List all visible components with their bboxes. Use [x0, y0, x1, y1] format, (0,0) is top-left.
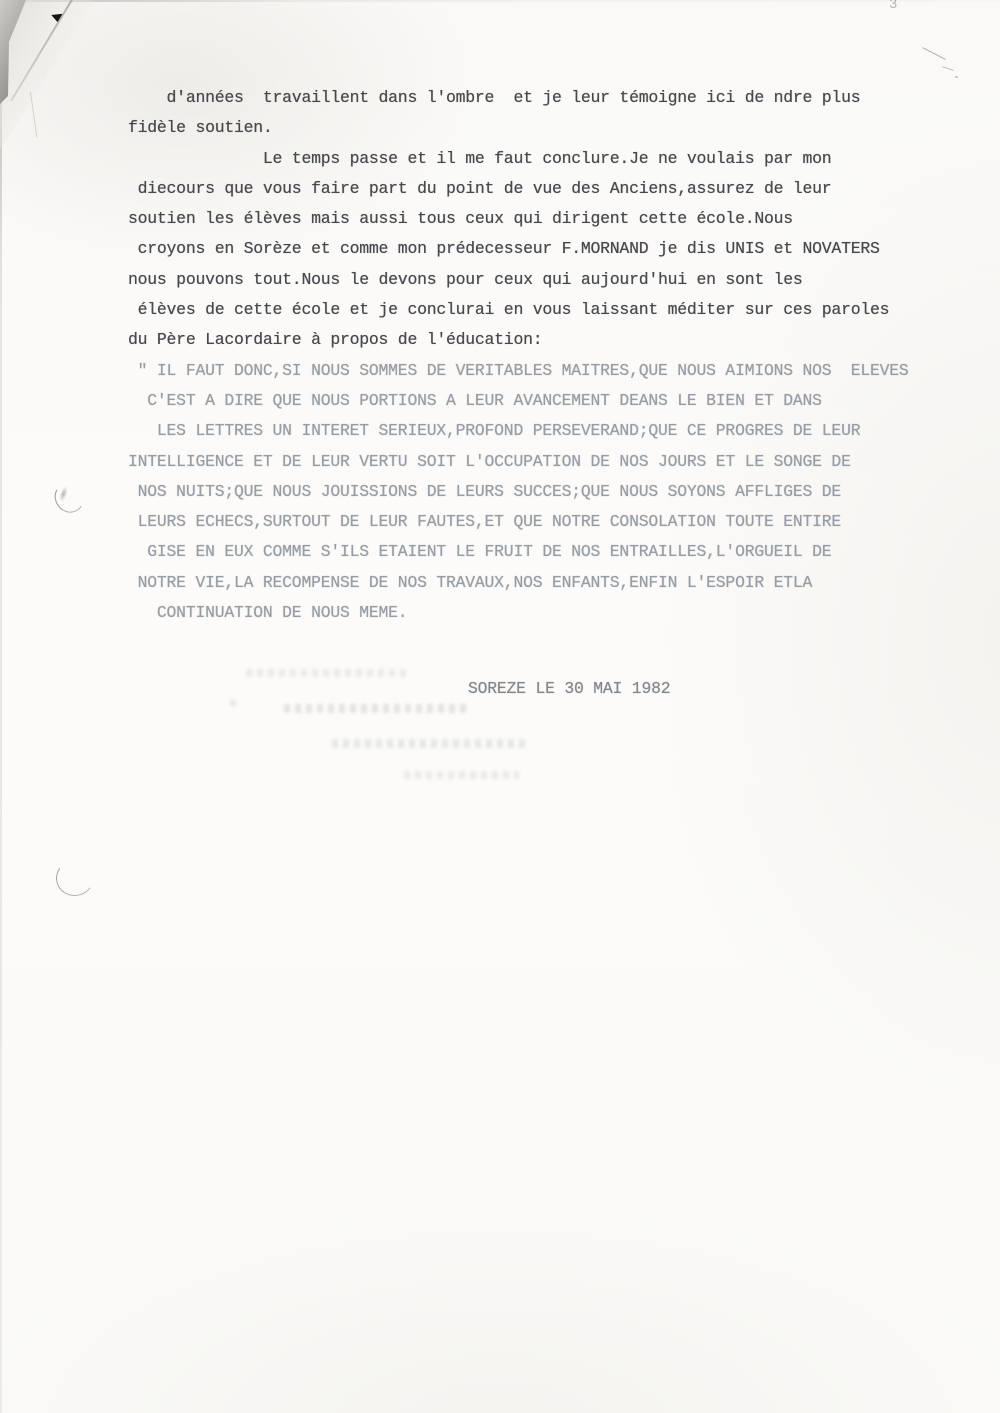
document-line: INTELLIGENCE ET DE LEUR VERTU SOIT L'OCC…	[128, 447, 988, 477]
document-line: élèves de cette école et je conclurai en…	[128, 295, 988, 325]
fold-crease-line-secondary	[30, 92, 38, 138]
ghost-text-smudge	[246, 669, 406, 677]
document-line: soutien les élèves mais aussi tous ceux …	[128, 204, 988, 234]
pen-dot-mark	[955, 76, 958, 78]
document-line: d'années travaillent dans l'ombre et je …	[128, 83, 988, 113]
pen-squiggle-mark	[942, 66, 954, 71]
ghost-text-smudge	[332, 739, 527, 748]
folded-corner-crease-shading	[0, 0, 95, 150]
document-body: d'années travaillent dans l'ombre et je …	[128, 83, 988, 628]
document-line: NOS NUITS;QUE NOUS JOUISSIONS DE LEURS S…	[128, 477, 988, 507]
document-line: LES LETTRES UN INTERET SERIEUX,PROFOND P…	[128, 416, 988, 446]
ghost-text-smudge	[404, 771, 519, 779]
document-line: Le temps passe et il me faut conclure.Je…	[128, 144, 988, 174]
document-line: nous pouvons tout.Nous le devons pour ce…	[128, 265, 988, 295]
pen-squiggle-mark	[922, 47, 946, 60]
ghost-text-smudge	[230, 700, 240, 706]
document-line: C'EST A DIRE QUE NOUS PORTIONS A LEUR AV…	[128, 386, 988, 416]
curved-pen-mark	[52, 480, 86, 516]
document-line: diecours que vous faire part du point de…	[128, 174, 988, 204]
page-top-edge	[0, 0, 1000, 2]
page-left-edge	[0, 0, 2, 1413]
document-line: croyons en Sorèze et comme mon prédecess…	[128, 234, 988, 264]
document-line: du Père Lacordaire à propos de l'éducati…	[128, 325, 988, 355]
scanned-page: { "document": { "lines": [ { "text": " d…	[0, 0, 1000, 1413]
dateline: SOREZE LE 30 MAI 1982	[468, 679, 670, 698]
document-line: LEURS ECHECS,SURTOUT DE LEUR FAUTES,ET Q…	[128, 507, 988, 537]
document-line: GISE EN EUX COMME S'ILS ETAIENT LE FRUIT…	[128, 537, 988, 567]
curved-pen-mark	[53, 857, 97, 899]
ghost-text-smudge	[284, 704, 469, 713]
faint-page-number: 3	[889, 0, 897, 13]
document-line: NOTRE VIE,LA RECOMPENSE DE NOS TRAVAUX,N…	[128, 568, 988, 598]
document-line: " IL FAUT DONC,SI NOUS SOMMES DE VERITAB…	[128, 356, 988, 386]
document-line: fidèle soutien.	[128, 113, 988, 143]
document-line: CONTINUATION DE NOUS MEME.	[128, 598, 988, 628]
